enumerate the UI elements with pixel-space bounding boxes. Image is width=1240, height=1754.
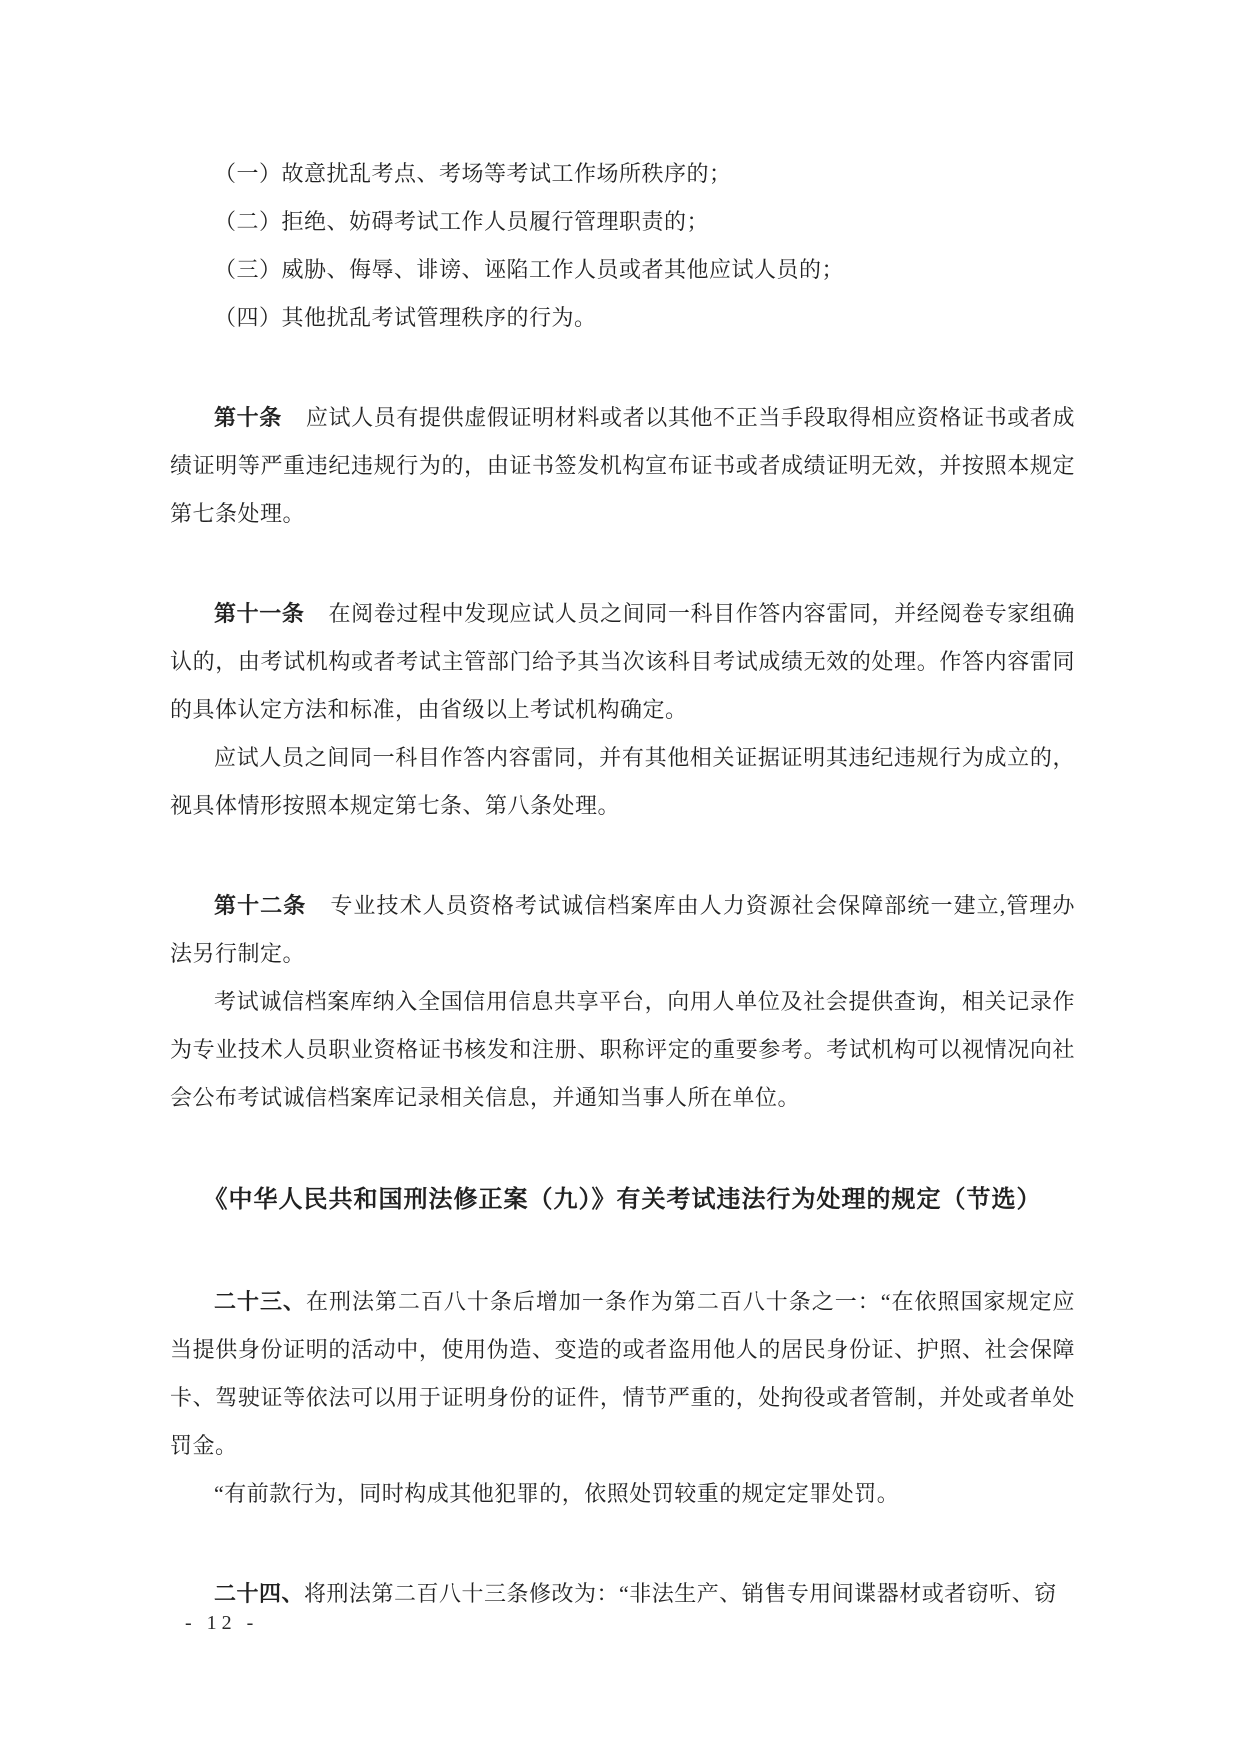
article-number: 第十条 xyxy=(214,405,282,430)
continuation-paragraph: 应试人员之间同一科目作答内容雷同，并有其他相关证据证明其违纪违规行为成立的，视具… xyxy=(170,734,1075,830)
list-item-text: （三）威胁、侮辱、诽谤、诬陷工作人员或者其他应试人员的； xyxy=(214,257,844,282)
section-title: 《中华人民共和国刑法修正案（九）》有关考试违法行为处理的规定（节选） xyxy=(170,1174,1075,1226)
list-item-text: （四）其他扰乱考试管理秩序的行为。 xyxy=(214,305,597,330)
list-item: （三）威胁、侮辱、诽谤、诬陷工作人员或者其他应试人员的； xyxy=(170,246,1075,294)
continuation-paragraph: “有前款行为，同时构成其他犯罪的，依照处罚较重的规定定罪处罚。 xyxy=(170,1470,1075,1518)
document-body: （一）故意扰乱考点、考场等考试工作场所秩序的； （二）拒绝、妨碍考试工作人员履行… xyxy=(170,150,1075,1618)
page-number: - 12 - xyxy=(185,1612,258,1635)
clause-number: 二十三、 xyxy=(214,1289,306,1314)
list-item-text: （二）拒绝、妨碍考试工作人员履行管理职责的； xyxy=(214,209,709,234)
article-number: 第十二条 xyxy=(214,893,306,918)
paragraph-text: 应试人员有提供虚假证明材料或者以其他不正当手段取得相应资格证书或者成绩证明等严重… xyxy=(170,405,1075,526)
clause-paragraph: 二十三、在刑法第二百八十条后增加一条作为第二百八十条之一：“在依照国家规定应当提… xyxy=(170,1278,1075,1470)
clause-paragraph: 二十四、将刑法第二百八十三条修改为：“非法生产、销售专用间谍器材或者窃听、窃 xyxy=(170,1570,1075,1618)
list-item: （一）故意扰乱考点、考场等考试工作场所秩序的； xyxy=(170,150,1075,198)
continuation-paragraph: 考试诚信档案库纳入全国信用信息共享平台，向用人单位及社会提供查询，相关记录作为专… xyxy=(170,978,1075,1122)
paragraph-text: 在阅卷过程中发现应试人员之间同一科目作答内容雷同，并经阅卷专家组确认的，由考试机… xyxy=(170,601,1075,722)
paragraph-text: 在刑法第二百八十条后增加一条作为第二百八十条之一：“在依照国家规定应当提供身份证… xyxy=(170,1289,1075,1458)
paragraph-text: 将刑法第二百八十三条修改为：“非法生产、销售专用间谍器材或者窃听、窃 xyxy=(304,1581,1057,1606)
document-page: （一）故意扰乱考点、考场等考试工作场所秩序的； （二）拒绝、妨碍考试工作人员履行… xyxy=(0,0,1240,1754)
list-item: （四）其他扰乱考试管理秩序的行为。 xyxy=(170,294,1075,342)
list-item-text: （一）故意扰乱考点、考场等考试工作场所秩序的； xyxy=(214,161,732,186)
article-paragraph: 第十二条专业技术人员资格考试诚信档案库由人力资源社会保障部统一建立,管理办法另行… xyxy=(170,882,1075,978)
list-item: （二）拒绝、妨碍考试工作人员履行管理职责的； xyxy=(170,198,1075,246)
paragraph-text: “有前款行为，同时构成其他犯罪的，依照处罚较重的规定定罪处罚。 xyxy=(214,1481,899,1506)
article-number: 第十一条 xyxy=(214,601,305,626)
paragraph-text: 应试人员之间同一科目作答内容雷同，并有其他相关证据证明其违纪违规行为成立的，视具… xyxy=(170,745,1075,818)
clause-number: 二十四、 xyxy=(214,1581,304,1606)
article-paragraph: 第十条应试人员有提供虚假证明材料或者以其他不正当手段取得相应资格证书或者成绩证明… xyxy=(170,394,1075,538)
paragraph-text: 考试诚信档案库纳入全国信用信息共享平台，向用人单位及社会提供查询，相关记录作为专… xyxy=(170,989,1075,1110)
article-paragraph: 第十一条在阅卷过程中发现应试人员之间同一科目作答内容雷同，并经阅卷专家组确认的，… xyxy=(170,590,1075,734)
